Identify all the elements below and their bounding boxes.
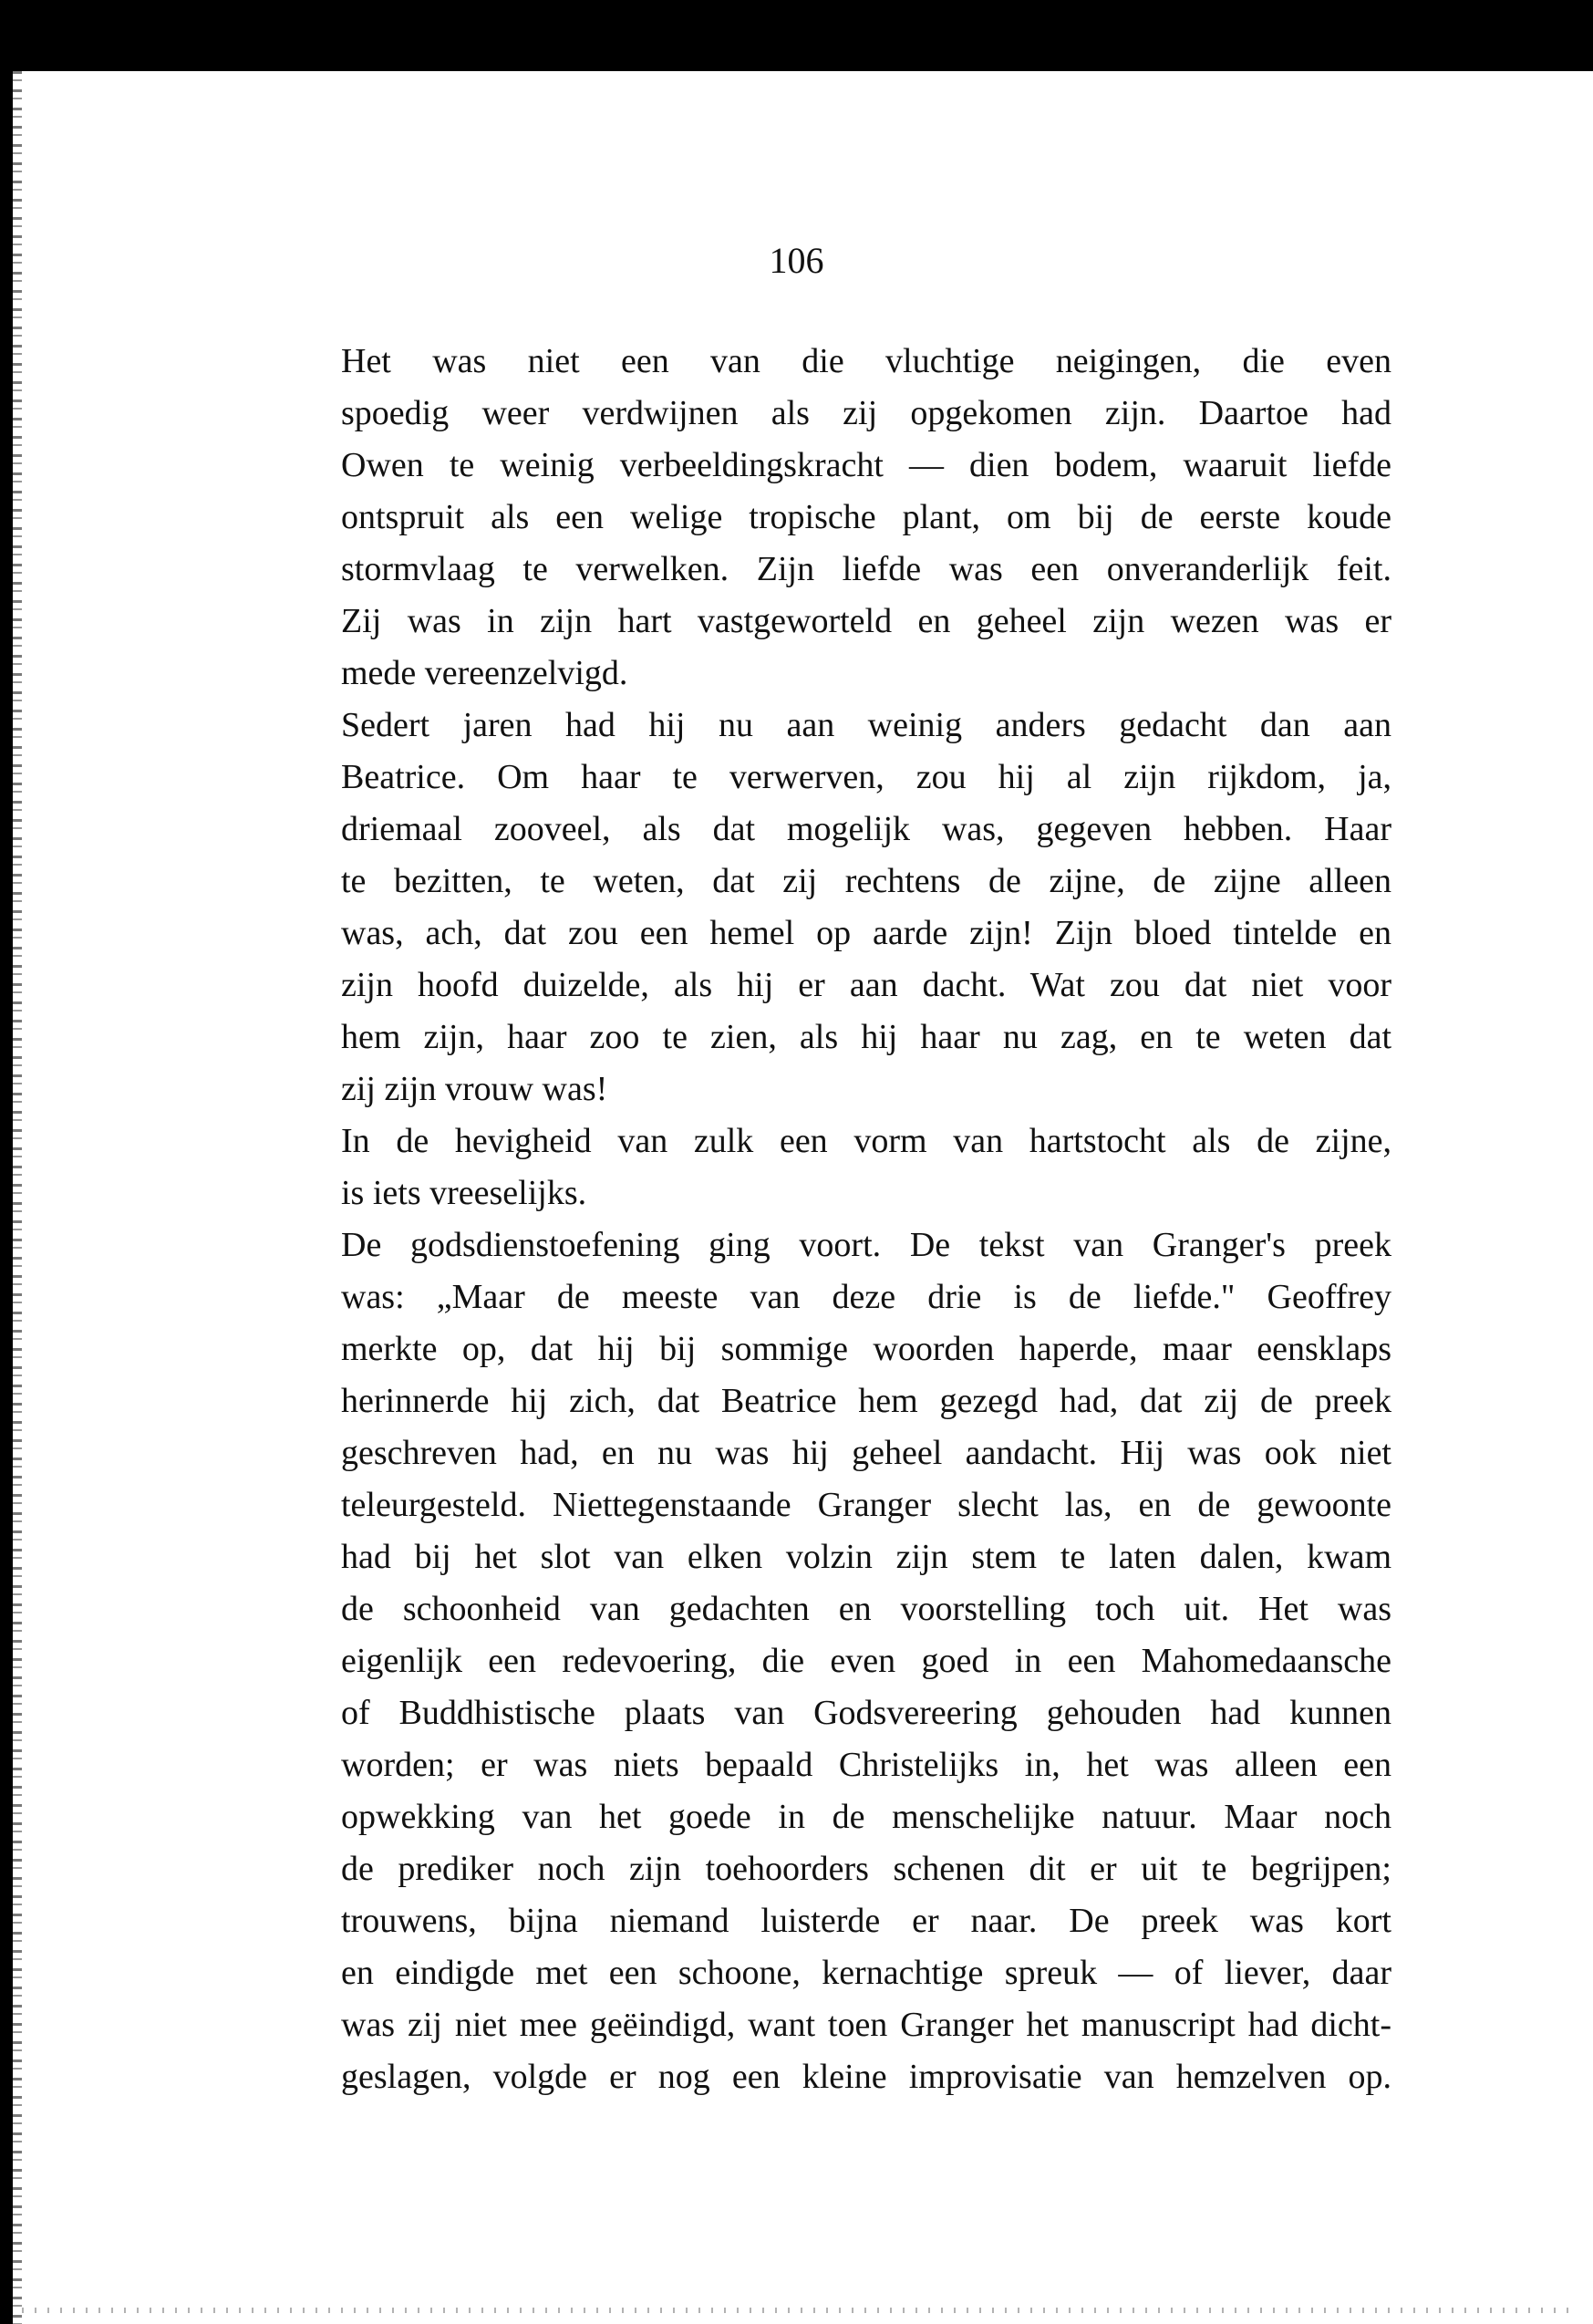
text-line: Owen te weinig verbeeldingskracht — dien… [341,440,1391,492]
text-line: ontspruit als een welige tropische plant… [341,492,1391,544]
text-line: de schoonheid van gedachten en voorstell… [341,1583,1391,1635]
text-line: opwekking van het goede in de menschelij… [341,1791,1391,1843]
text-line: herinnerde hij zich, dat Beatrice hem ge… [341,1375,1391,1427]
text-line: eigenlijk een redevoering, die even goed… [341,1635,1391,1687]
text-line: In de hevigheid van zulk een vorm van ha… [341,1115,1391,1167]
text-line: trouwens, bijna niemand luisterde er naa… [341,1895,1391,1947]
text-line: is iets vreeselijks. [341,1167,1391,1219]
text-line: spoedig weer verdwijnen als zij opgekome… [341,388,1391,440]
text-line: merkte op, dat hij bij sommige woorden h… [341,1323,1391,1375]
text-line: hem zijn, haar zoo te zien, als hij haar… [341,1012,1391,1063]
text-line: mede vereenzelvigd. [341,648,1391,700]
page-edge-shadow [13,71,22,2324]
text-line: was, ach, dat zou een hemel op aarde zij… [341,908,1391,960]
page-body-text: Het was niet een van die vluchtige neigi… [341,336,1391,2103]
scan-border-top [0,0,1593,71]
text-line: en eindigde met een schoone, kernachtige… [341,1947,1391,1999]
text-line: geslagen, volgde er nog een kleine impro… [341,2051,1391,2103]
text-line: stormvlaag te verwelken. Zijn liefde was… [341,544,1391,596]
text-line: Beatrice. Om haar te verwerven, zou hij … [341,752,1391,804]
text-line: teleurgesteld. Niettegenstaande Granger … [341,1479,1391,1531]
text-line: Het was niet een van die vluchtige neigi… [341,336,1391,388]
page-number: 106 [0,239,1593,282]
text-line: Sedert jaren had hij nu aan weinig ander… [341,700,1391,752]
text-line: worden; er was niets bepaald Christelijk… [341,1739,1391,1791]
text-line: zijn hoofd duizelde, als hij er aan dach… [341,960,1391,1012]
text-line: was zij niet mee geëindigd, want toen Gr… [341,1999,1391,2051]
text-line: de prediker noch zijn toehoorders schene… [341,1843,1391,1895]
text-line: driemaal zooveel, als dat mogelijk was, … [341,804,1391,856]
text-line: Zij was in zijn hart vastgeworteld en ge… [341,596,1391,648]
text-line: had bij het slot van elken volzin zijn s… [341,1531,1391,1583]
text-line: of Buddhistische plaats van Godsvereerin… [341,1687,1391,1739]
text-line: geschreven had, en nu was hij geheel aan… [341,1427,1391,1479]
text-line: te bezitten, te weten, dat zij rechtens … [341,856,1391,908]
text-line: De godsdienstoefening ging voort. De tek… [341,1219,1391,1271]
text-line: zij zijn vrouw was! [341,1063,1391,1115]
scan-border-left [0,0,13,2324]
scan-noise-bottom [22,2308,1572,2313]
text-line: was: „Maar de meeste van deze drie is de… [341,1271,1391,1323]
